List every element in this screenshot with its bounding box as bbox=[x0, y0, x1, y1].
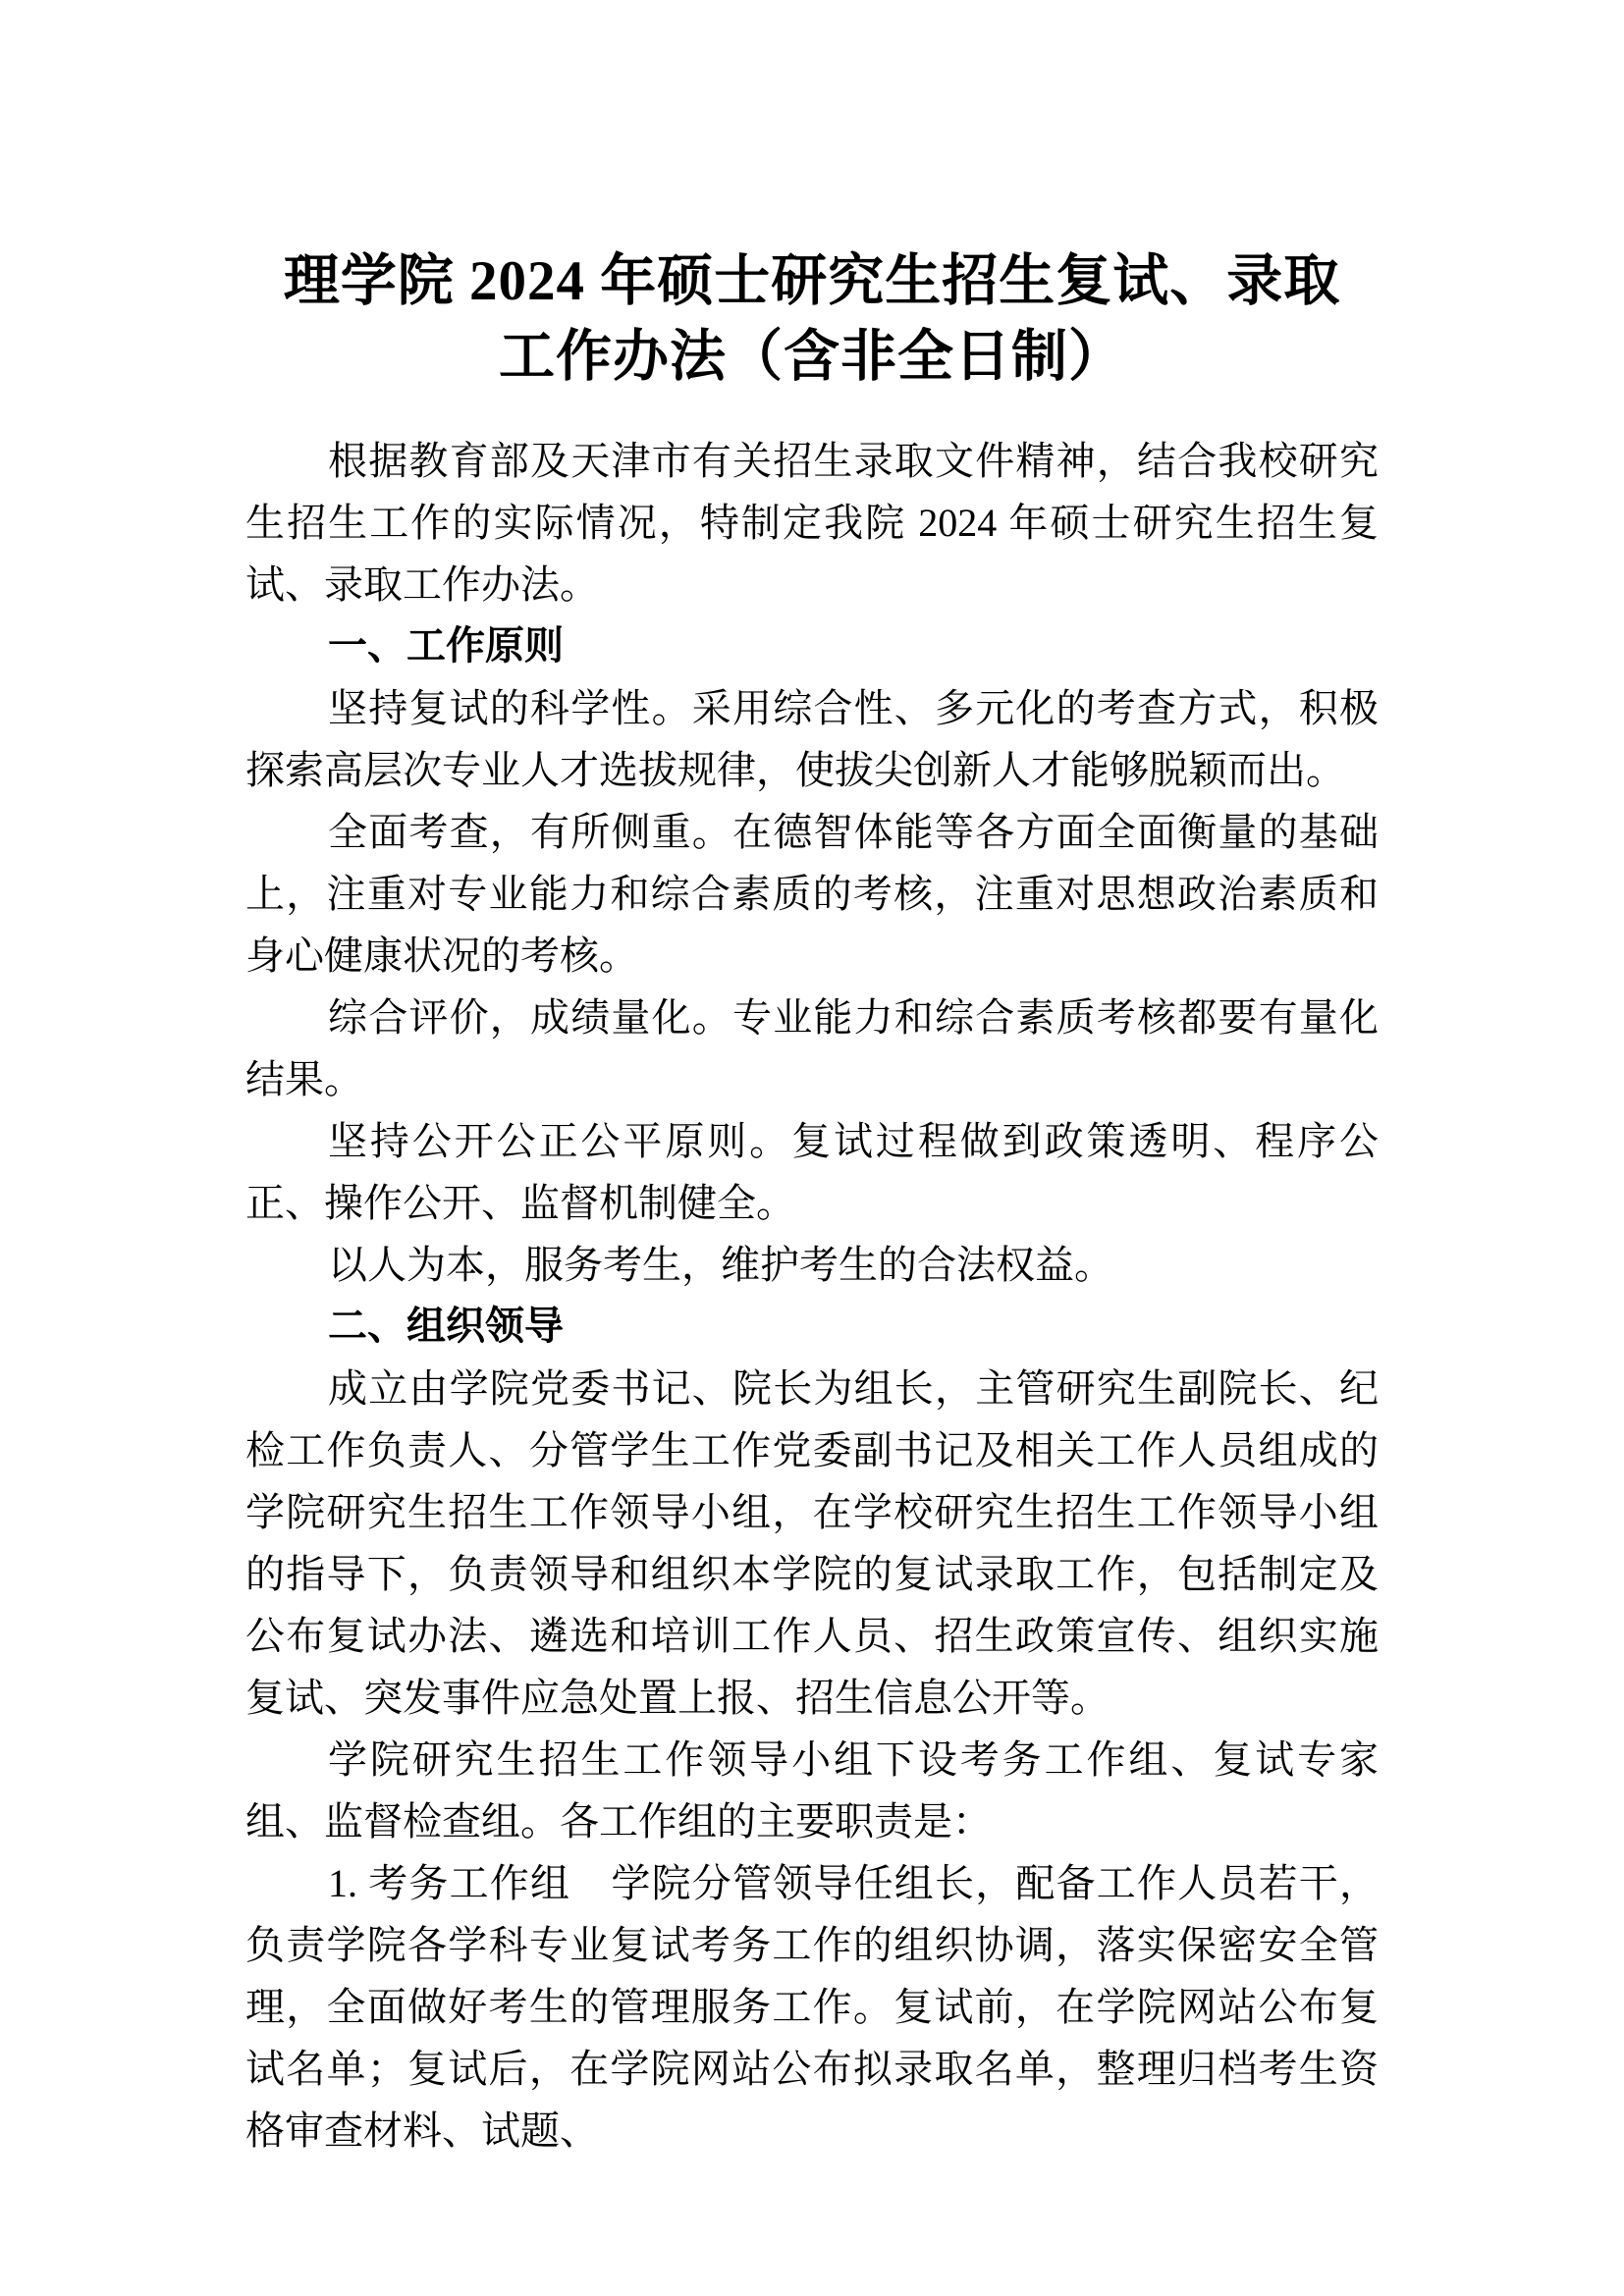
paragraph: 以人为本，服务考生，维护考生的合法权益。 bbox=[245, 1234, 1379, 1296]
paragraph: 综合评价，成绩量化。专业能力和综合素质考核都要有量化结果。 bbox=[245, 987, 1379, 1110]
document-title-line-1: 理学院 2024 年硕士研究生招生复试、录取 bbox=[245, 243, 1379, 319]
section-heading: 一、工作原则 bbox=[245, 615, 1379, 677]
paragraph: 根据教育部及天津市有关招生录取文件精神，结合我校研究生招生工作的实际情况，特制定… bbox=[245, 430, 1379, 615]
document-title-line-2: 工作办法（含非全日制） bbox=[245, 319, 1379, 395]
document-content: 理学院 2024 年硕士研究生招生复试、录取 工作办法（含非全日制） 根据教育部… bbox=[245, 243, 1379, 2162]
paragraph: 1. 考务工作组 学院分管领导任组长，配备工作人员若干，负责学院各学科专业复试考… bbox=[245, 1852, 1379, 2162]
document-body: 根据教育部及天津市有关招生录取文件精神，结合我校研究生招生工作的实际情况，特制定… bbox=[245, 430, 1379, 2162]
paragraph: 坚持复试的科学性。采用综合性、多元化的考查方式，积极探索高层次专业人才选拔规律，… bbox=[245, 677, 1379, 801]
paragraph: 全面考查，有所侧重。在德智体能等各方面全面衡量的基础上，注重对专业能力和综合素质… bbox=[245, 801, 1379, 987]
paragraph: 学院研究生招生工作领导小组下设考务工作组、复试专家组、监督检查组。各工作组的主要… bbox=[245, 1729, 1379, 1852]
document-page: 理学院 2024 年硕士研究生招生复试、录取 工作办法（含非全日制） 根据教育部… bbox=[0, 0, 1624, 2296]
paragraph: 坚持公开公正公平原则。复试过程做到政策透明、程序公正、操作公开、监督机制健全。 bbox=[245, 1110, 1379, 1234]
section-heading: 二、组织领导 bbox=[245, 1296, 1379, 1358]
document-title: 理学院 2024 年硕士研究生招生复试、录取 工作办法（含非全日制） bbox=[245, 243, 1379, 395]
paragraph: 成立由学院党委书记、院长为组长，主管研究生副院长、纪检工作负责人、分管学生工作党… bbox=[245, 1358, 1379, 1729]
